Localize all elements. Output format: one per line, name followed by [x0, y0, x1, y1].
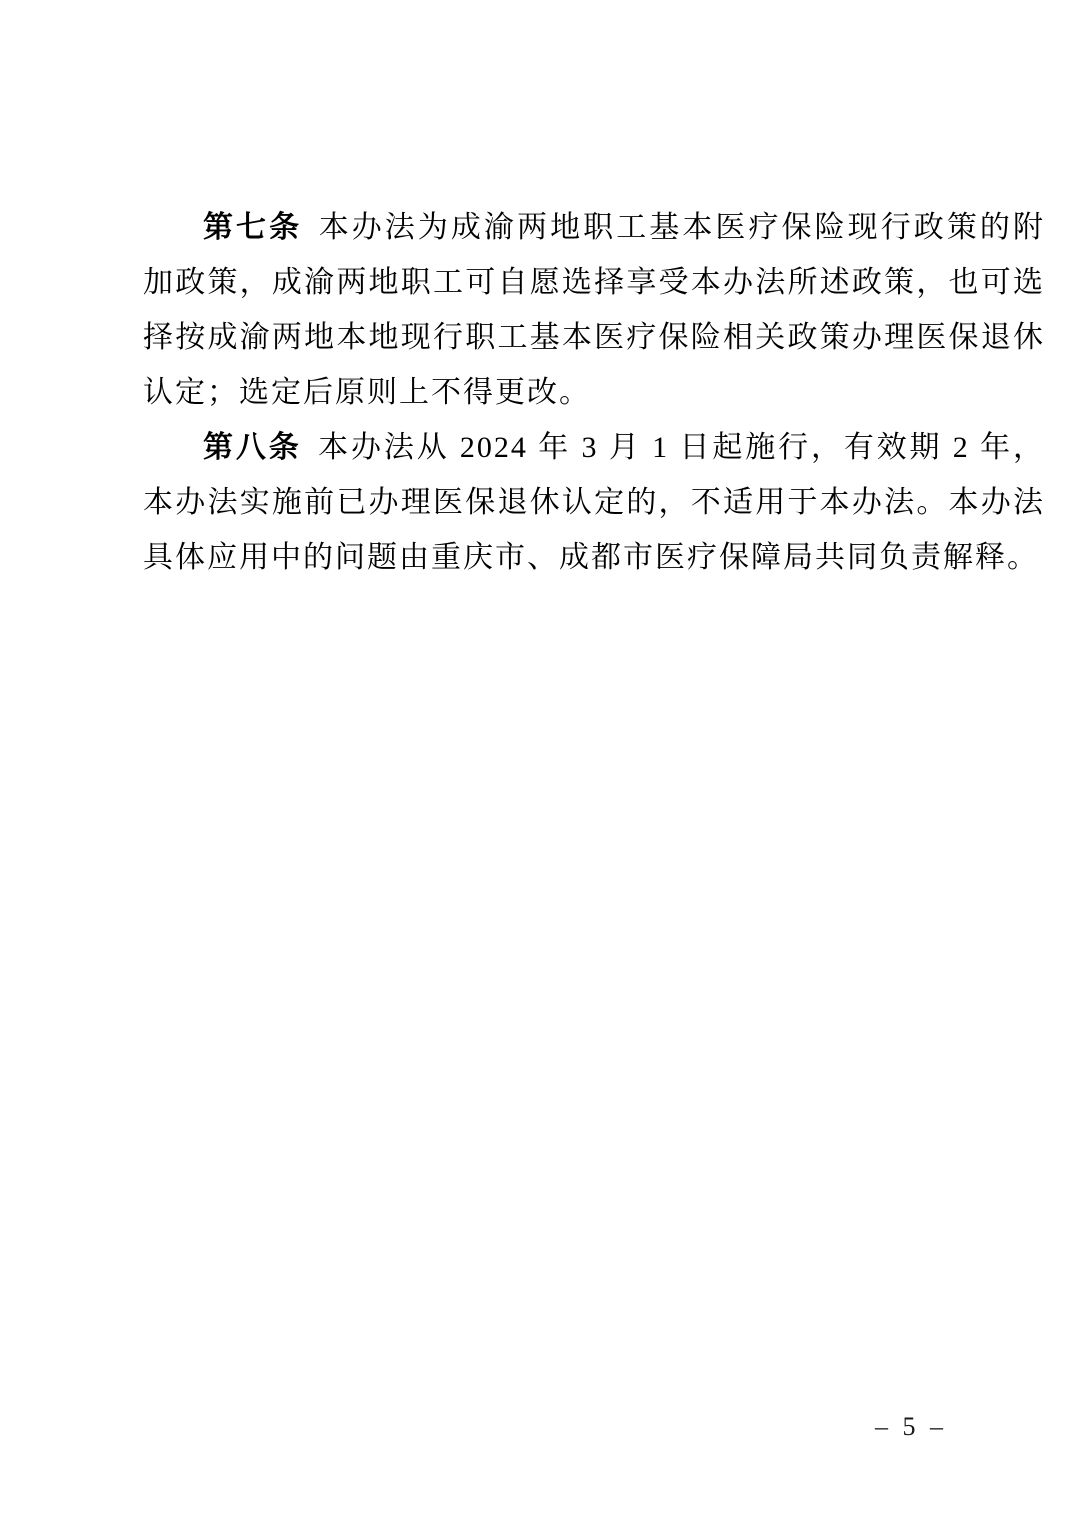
page-footer: – 5 – [855, 1410, 967, 1444]
paragraph-article-7: 第七条本办法为成渝两地职工基本医疗保险现行政策的附加政策，成渝两地职工可自愿选择… [143, 200, 1045, 420]
page-number: – 5 – [875, 1412, 947, 1441]
paragraph-article-8: 第八条本办法从 2024 年 3 月 1 日起施行，有效期 2 年，本办法实施前… [143, 420, 1045, 585]
document-body: 第七条本办法为成渝两地职工基本医疗保险现行政策的附加政策，成渝两地职工可自愿选择… [143, 200, 1045, 585]
article-8-heading: 第八条 [203, 431, 302, 464]
article-7-heading: 第七条 [203, 211, 302, 244]
document-page: 第七条本办法为成渝两地职工基本医疗保险现行政策的附加政策，成渝两地职工可自愿选择… [0, 0, 1074, 1520]
